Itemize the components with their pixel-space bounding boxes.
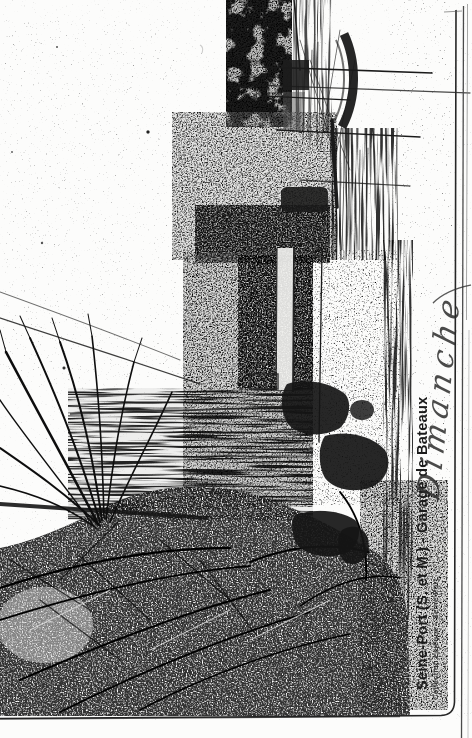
photo-illustration xyxy=(0,0,472,738)
postcard-scan: Seine-Port (S. et M.) - Garage de Bateau… xyxy=(0,0,472,738)
caption-sub: Collection Lejeune - Seine-Port xyxy=(431,548,441,700)
